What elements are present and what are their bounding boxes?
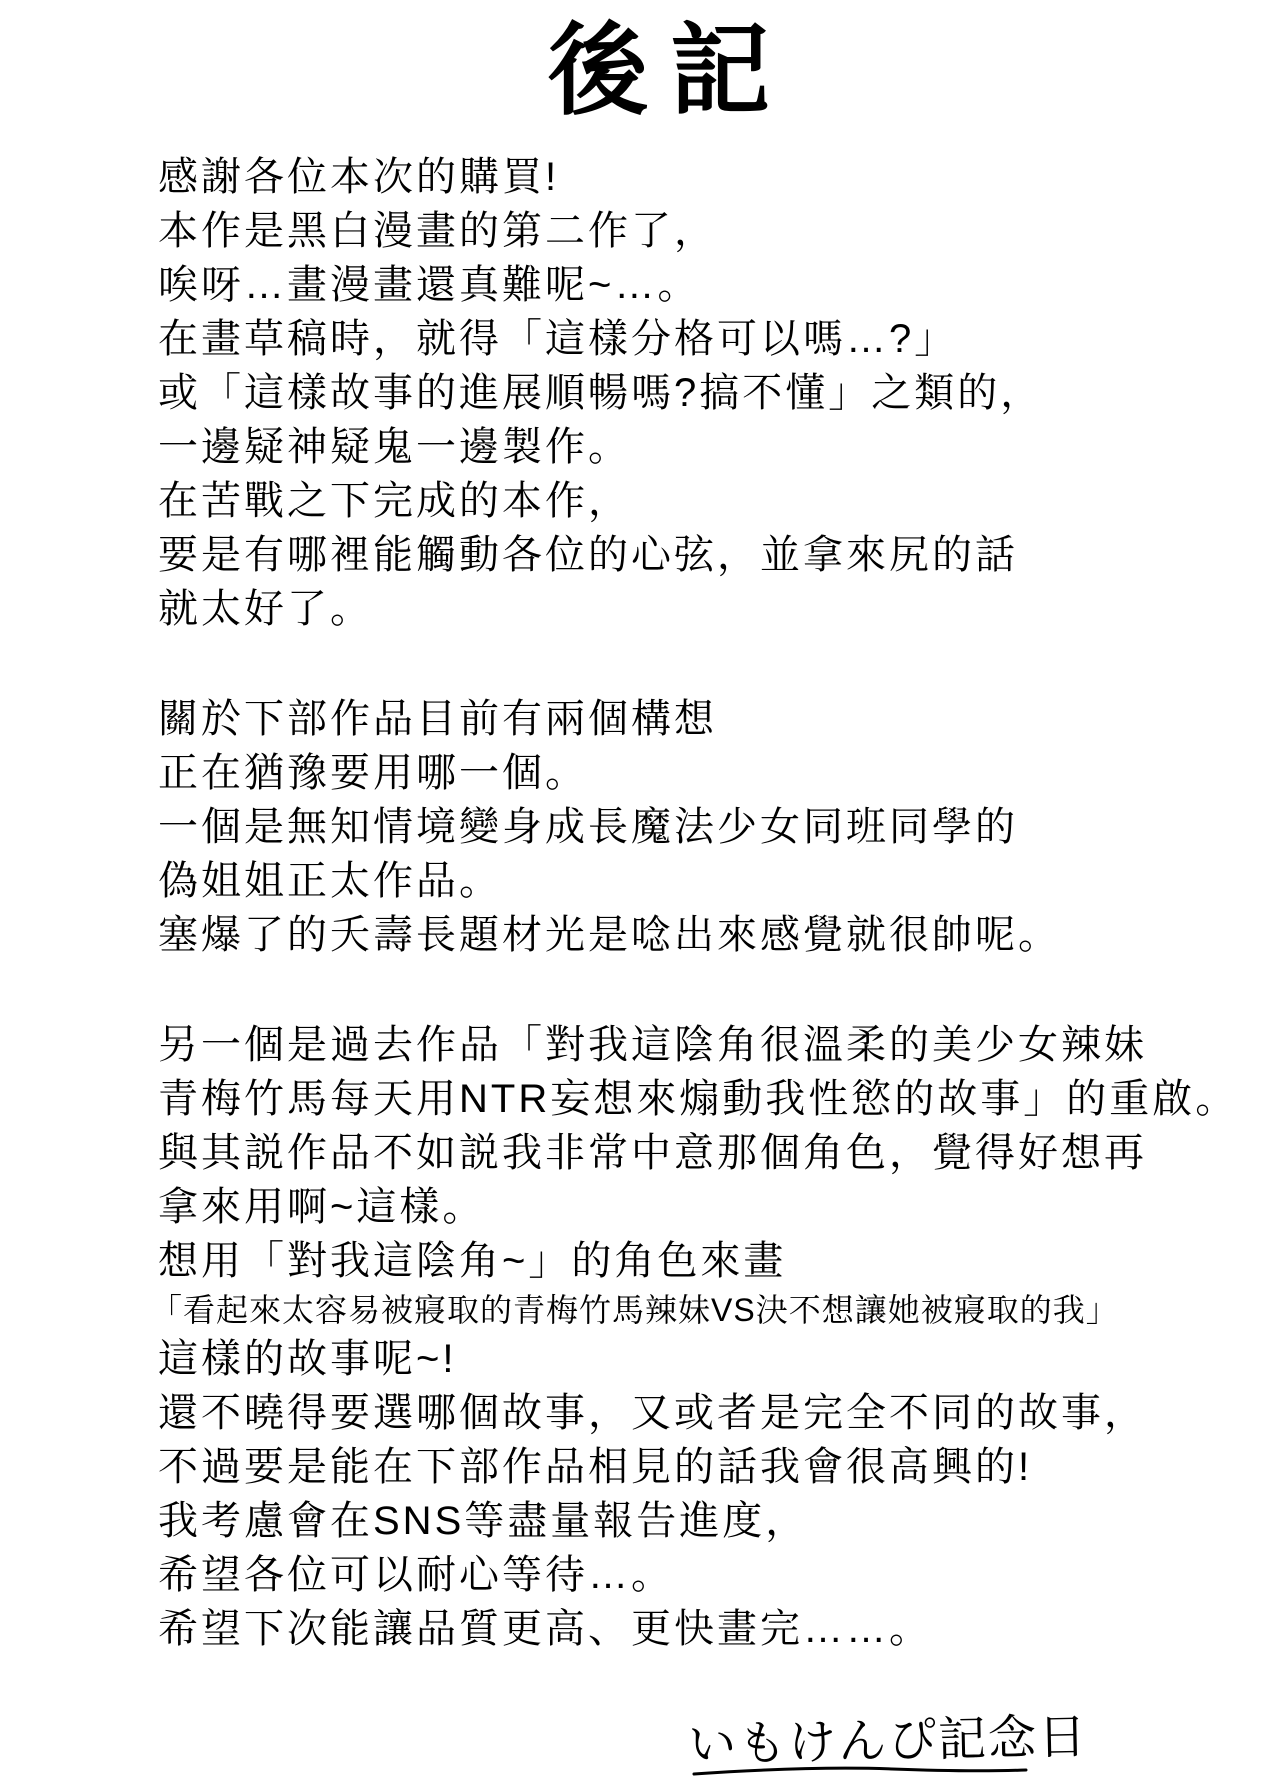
text-line: 要是有哪裡能觸動各位的心弦，並拿來尻的話 — [158, 528, 1240, 582]
text-line: 不過要是能在下部作品相見的話我會很高興的! — [158, 1440, 1240, 1494]
text-line: 一個是無知情境變身成長魔法少女同班同學的 — [158, 800, 1240, 854]
afterword-page: 後記 感謝各位本次的購買! 本作是黑白漫畫的第二作了， 唉呀…畫漫畫還真難呢~…… — [0, 0, 1280, 1780]
text-line: 另一個是過去作品「對我這陰角很溫柔的美少女辣妹 — [158, 1018, 1240, 1072]
text-line: 與其説作品不如説我非常中意那個角色，覺得好想再 — [158, 1126, 1240, 1180]
page-title: 後記 — [30, 0, 1280, 126]
text-line: 青梅竹馬每天用NTR妄想來煽動我性慾的故事」的重啟。 — [158, 1072, 1240, 1126]
text-line: 我考慮會在SNS等盡量報告進度， — [158, 1494, 1240, 1548]
text-line: 本作是黑白漫畫的第二作了， — [158, 204, 1240, 258]
text-line: 關於下部作品目前有兩個構想 — [158, 692, 1240, 746]
text-line: 想用「對我這陰角~」的角色來畫 — [158, 1234, 1240, 1288]
signature-underline — [692, 1762, 1028, 1778]
text-line: 「看起來太容易被寢取的青梅竹馬辣妹VS決不想讓她被寢取的我」 — [150, 1288, 1240, 1332]
text-line: 就太好了。 — [158, 582, 1240, 636]
text-line: 感謝各位本次的購買! — [158, 150, 1240, 204]
text-line: 在畫草稿時，就得「這樣分格可以嗎…?」 — [158, 312, 1240, 366]
text-line: 偽姐姐正太作品。 — [158, 854, 1240, 908]
afterword-body: 感謝各位本次的購買! 本作是黑白漫畫的第二作了， 唉呀…畫漫畫還真難呢~…。 在… — [158, 150, 1240, 1656]
text-line: 這樣的故事呢~! — [158, 1332, 1240, 1386]
text-line: 拿來用啊~這樣。 — [158, 1180, 1240, 1234]
text-line: 希望各位可以耐心等待…。 — [158, 1548, 1240, 1602]
text-line: 一邊疑神疑鬼一邊製作。 — [158, 420, 1240, 474]
text-line: 正在猶豫要用哪一個。 — [158, 746, 1240, 800]
text-line: 在苦戰之下完成的本作， — [158, 474, 1240, 528]
text-line: 唉呀…畫漫畫還真難呢~…。 — [158, 258, 1240, 312]
text-line: 或「這樣故事的進展順暢嗎?搞不懂」之類的， — [158, 366, 1240, 420]
text-line: 還不曉得要選哪個故事，又或者是完全不同的故事， — [158, 1386, 1240, 1440]
text-line: 塞爆了的夭壽長題材光是唸出來感覺就很帥呢。 — [158, 908, 1240, 962]
text-line: 希望下次能讓品質更高、更快畫完……。 — [158, 1602, 1240, 1656]
